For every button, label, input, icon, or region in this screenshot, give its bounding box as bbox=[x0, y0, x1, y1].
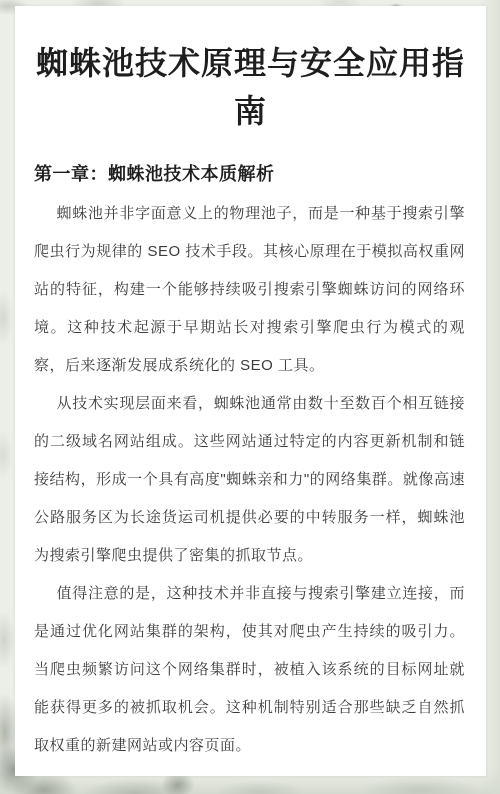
paragraph-2: 从技术实现层面来看，蜘蛛池通常由数十至数百个相互链接的二级域名网站组成。这些网站… bbox=[15, 385, 486, 575]
chapter-heading: 第一章：蜘蛛池技术本质解析 bbox=[15, 162, 486, 186]
paragraph-3: 值得注意的是，这种技术并非直接与搜索引擎建立连接，而是通过优化网站集群的架构，使… bbox=[15, 575, 486, 765]
document-page: 蜘蛛池技术原理与安全应用指南 第一章：蜘蛛池技术本质解析 蜘蛛池并非字面意义上的… bbox=[15, 6, 486, 776]
document-title: 蜘蛛池技术原理与安全应用指南 bbox=[30, 39, 472, 135]
paragraph-1: 蜘蛛池并非字面意义上的物理池子，而是一种基于搜索引擎爬虫行为规律的 SEO 技术… bbox=[15, 195, 486, 385]
body-copy: 蜘蛛池并非字面意义上的物理池子，而是一种基于搜索引擎爬虫行为规律的 SEO 技术… bbox=[15, 195, 486, 765]
scanned-paper-background: 蜘蛛池技术原理与安全应用指南 第一章：蜘蛛池技术本质解析 蜘蛛池并非字面意义上的… bbox=[0, 0, 500, 794]
